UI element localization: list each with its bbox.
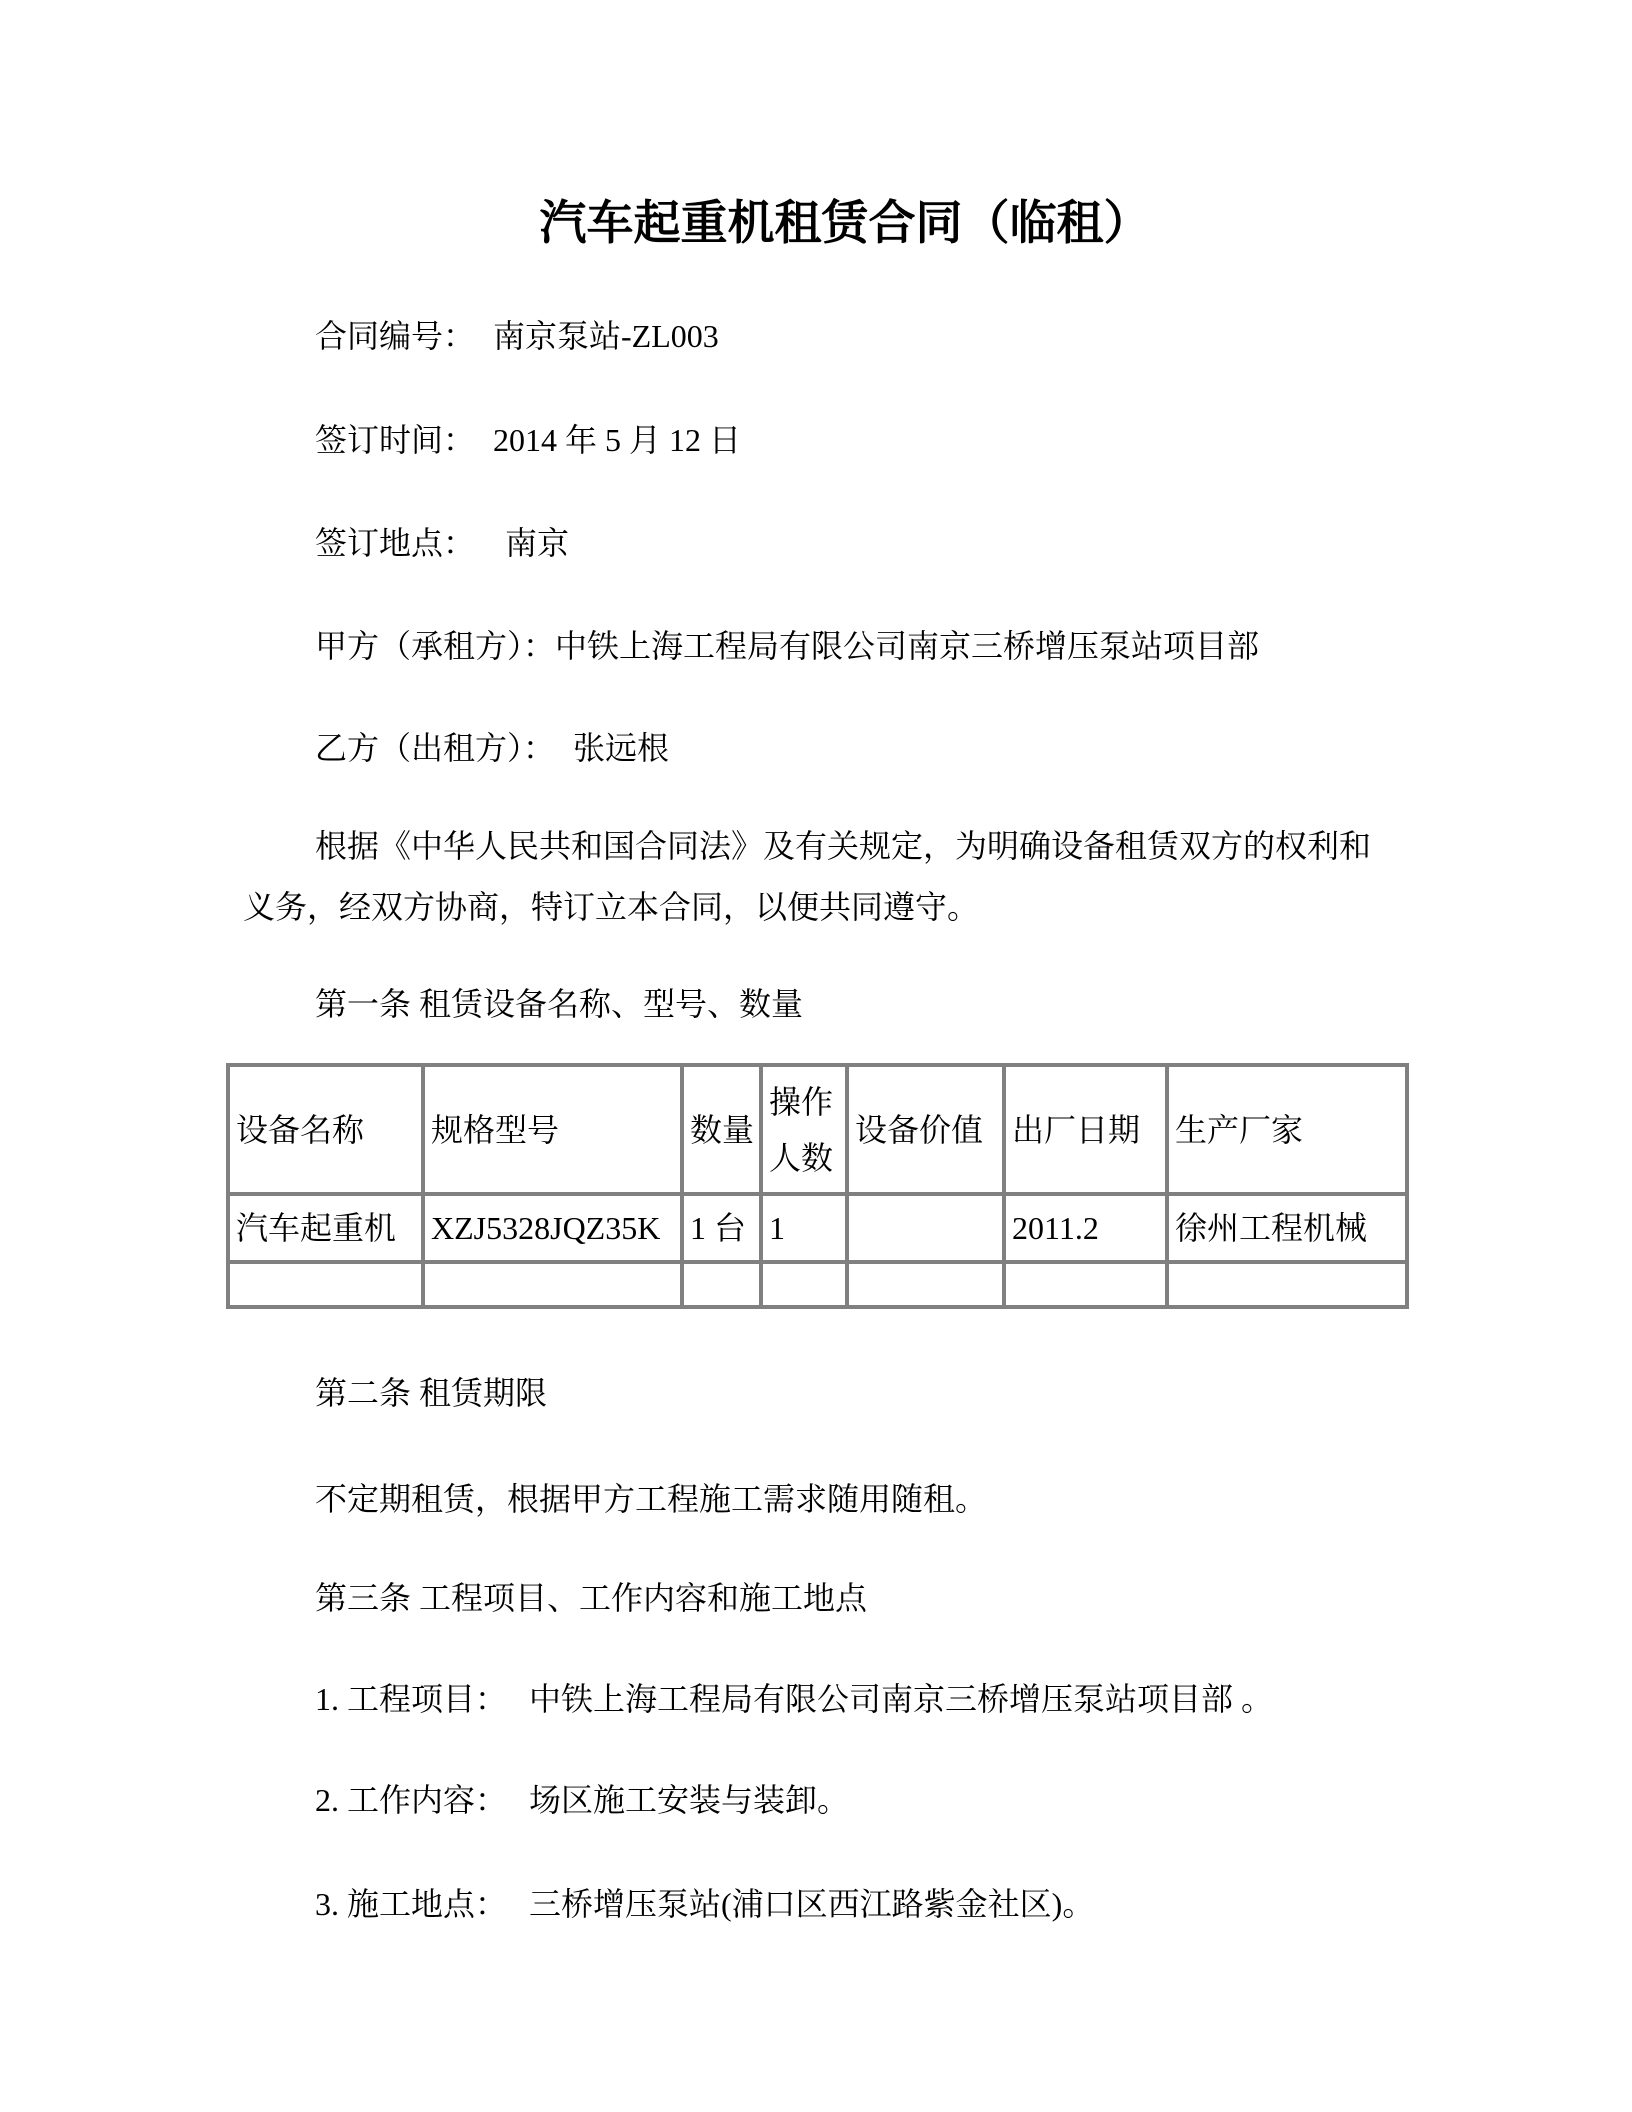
meta-line-sign-date: 签订时间：2014 年 5 月 12 日 xyxy=(315,420,741,460)
item-label: 3. 施工地点： xyxy=(315,1886,507,1922)
table-cell xyxy=(1004,1262,1167,1307)
article3-heading: 第三条 工程项目、工作内容和施工地点 xyxy=(315,1578,867,1618)
article2-heading: 第二条 租赁期限 xyxy=(315,1373,547,1413)
meta-value: 中铁上海工程局有限公司南京三桥增压泵站项目部 xyxy=(555,628,1259,664)
table-header-cell: 数量 xyxy=(682,1065,761,1194)
meta-line-contract-number: 合同编号：南京泵站-ZL003 xyxy=(315,316,719,356)
item-label: 2. 工作内容： xyxy=(315,1782,507,1818)
table-cell-quantity: 1 台 xyxy=(682,1194,761,1262)
meta-line-party-b: 乙方（出租方）：张远根 xyxy=(315,728,669,768)
table-header-cell: 设备名称 xyxy=(228,1065,423,1194)
contract-document-page: 汽车起重机租赁合同（临租） 合同编号：南京泵站-ZL003 签订时间：2014 … xyxy=(0,0,1632,2112)
article2-body: 不定期租赁，根据甲方工程施工需求随用随租。 xyxy=(315,1479,987,1519)
item-label: 1. 工程项目： xyxy=(315,1681,507,1717)
table-header-cell: 操作人数 xyxy=(761,1065,847,1194)
meta-line-sign-place: 签订地点：南京 xyxy=(315,523,569,563)
table-cell xyxy=(423,1262,682,1307)
table-header-row: 设备名称 规格型号 数量 操作人数 设备价值 出厂日期 生产厂家 xyxy=(228,1065,1407,1194)
table-cell-manufacturer: 徐州工程机械 xyxy=(1167,1194,1407,1262)
meta-value: 南京 xyxy=(505,525,569,561)
meta-label: 签订时间： xyxy=(315,422,475,458)
table-cell-equipment-name: 汽车起重机 xyxy=(228,1194,423,1262)
table-header-cell: 出厂日期 xyxy=(1004,1065,1167,1194)
contract-title: 汽车起重机租赁合同（临租） xyxy=(240,194,1450,254)
meta-line-party-a: 甲方（承租方）：中铁上海工程局有限公司南京三桥增压泵站项目部 xyxy=(315,626,1259,666)
article3-item-work-content: 2. 工作内容：场区施工安装与装卸。 xyxy=(315,1780,849,1820)
meta-label: 合同编号： xyxy=(315,318,475,354)
meta-label: 签订地点： xyxy=(315,525,475,561)
meta-label: 甲方（承租方）： xyxy=(315,628,555,664)
table-cell-factory-date: 2011.2 xyxy=(1004,1194,1167,1262)
table-cell xyxy=(847,1262,1004,1307)
preamble-line-1: 根据《中华人民共和国合同法》及有关规定，为明确设备租赁双方的权利和 xyxy=(315,826,1371,866)
preamble-line-2: 义务，经双方协商，特订立本合同，以便共同遵守。 xyxy=(243,887,979,927)
table-cell-value xyxy=(847,1194,1004,1262)
meta-label: 乙方（出租方）： xyxy=(315,730,555,766)
table-cell xyxy=(1167,1262,1407,1307)
meta-value: 南京泵站-ZL003 xyxy=(493,318,719,354)
table-cell xyxy=(682,1262,761,1307)
table-cell-operators: 1 xyxy=(761,1194,847,1262)
article1-heading: 第一条 租赁设备名称、型号、数量 xyxy=(315,984,803,1024)
meta-value: 张远根 xyxy=(573,730,669,766)
equipment-table: 设备名称 规格型号 数量 操作人数 设备价值 出厂日期 生产厂家 汽车起重机 X… xyxy=(226,1063,1409,1309)
item-value: 中铁上海工程局有限公司南京三桥增压泵站项目部 。 xyxy=(529,1681,1273,1717)
table-cell xyxy=(761,1262,847,1307)
table-header-cell: 设备价值 xyxy=(847,1065,1004,1194)
table-row: 汽车起重机 XZJ5328JQZ35K 1 台 1 2011.2 徐州工程机械 xyxy=(228,1194,1407,1262)
table-cell-model: XZJ5328JQZ35K xyxy=(423,1194,682,1262)
table-header-cell: 生产厂家 xyxy=(1167,1065,1407,1194)
equipment-table-container: 设备名称 规格型号 数量 操作人数 设备价值 出厂日期 生产厂家 汽车起重机 X… xyxy=(226,1063,1409,1309)
item-value: 场区施工安装与装卸。 xyxy=(529,1782,849,1818)
article3-item-project: 1. 工程项目：中铁上海工程局有限公司南京三桥增压泵站项目部 。 xyxy=(315,1679,1273,1719)
item-value: 三桥增压泵站(浦口区西江路紫金社区)。 xyxy=(529,1886,1094,1922)
table-header-cell: 规格型号 xyxy=(423,1065,682,1194)
article3-item-construction-site: 3. 施工地点：三桥增压泵站(浦口区西江路紫金社区)。 xyxy=(315,1884,1094,1924)
meta-value: 2014 年 5 月 12 日 xyxy=(493,422,741,458)
table-row-empty xyxy=(228,1262,1407,1307)
table-cell xyxy=(228,1262,423,1307)
